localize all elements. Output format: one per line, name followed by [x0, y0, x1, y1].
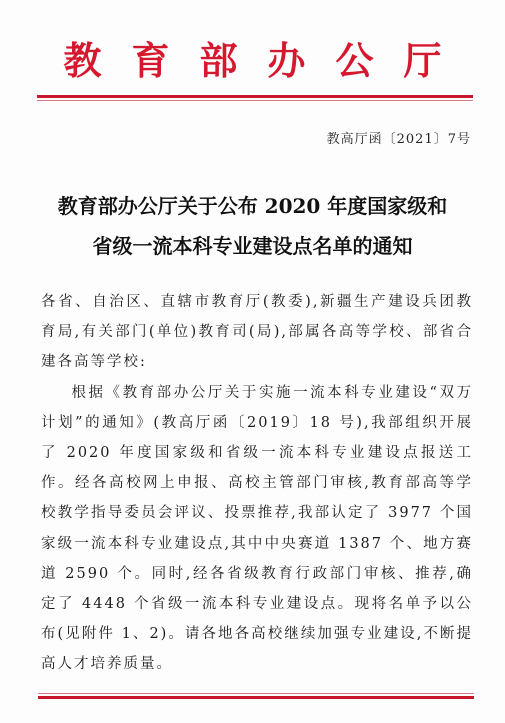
issuer-header: 教育部办公厅 — [0, 38, 505, 84]
addressees: 各省、自治区、直辖市教育厅(教委),新疆生产建设兵团教育局,有关部门(单位)教育… — [41, 287, 473, 378]
document-title: 教育部办公厅关于公布 2020 年度国家级和 省级一流本科专业建设点名单的通知 — [0, 186, 505, 266]
title-line-2: 省级一流本科专业建设点名单的通知 — [0, 226, 505, 266]
title-line-1: 教育部办公厅关于公布 2020 年度国家级和 — [0, 186, 505, 226]
footer-red-rule — [38, 696, 474, 699]
document-body: 各省、自治区、直辖市教育厅(教委),新疆生产建设兵团教育局,有关部门(单位)教育… — [41, 287, 473, 680]
header-red-rule-thin — [37, 100, 473, 101]
document-number: 教高厅函〔2021〕7号 — [327, 128, 471, 147]
header-red-rule — [37, 95, 473, 98]
body-paragraph: 根据《教育部办公厅关于实施一流本科专业建设“双万计划”的通知》(教高厅函〔201… — [41, 378, 473, 680]
footer-red-rule-thin — [38, 693, 474, 694]
